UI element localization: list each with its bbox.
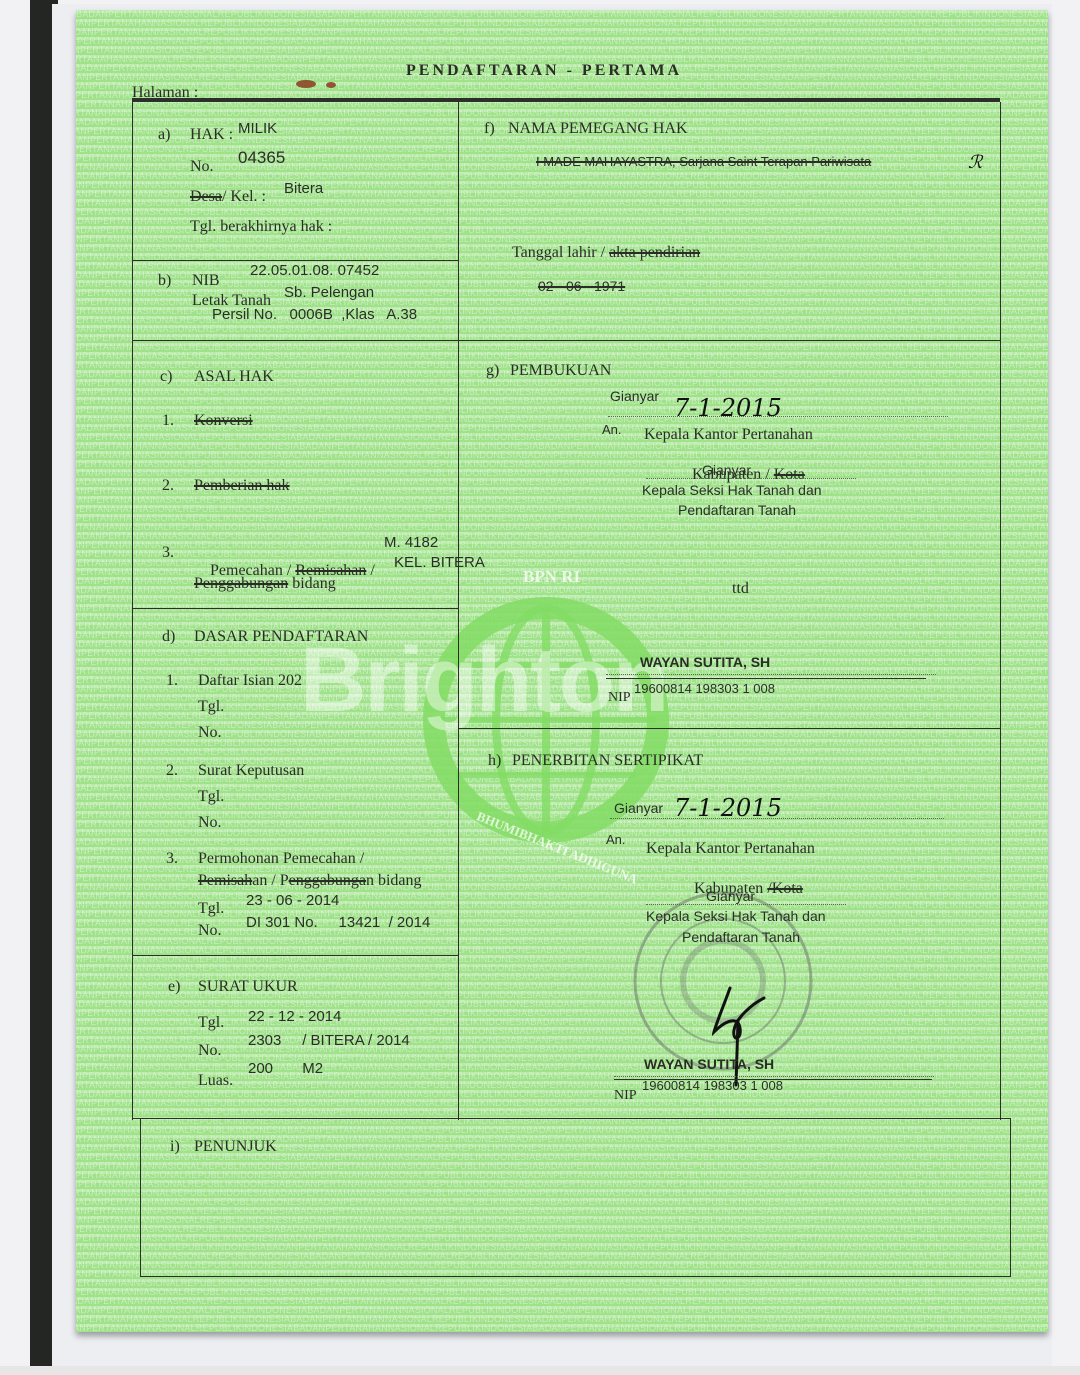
- surat-keputusan-label: Surat Keputusan: [198, 762, 304, 780]
- table-border-left: [132, 102, 133, 1120]
- pemecahan-kel: KEL. BITERA: [394, 554, 485, 571]
- row-divider-cd: [132, 608, 458, 609]
- dotted-line: [646, 478, 856, 479]
- penerbitan-place: Gianyar: [614, 800, 663, 816]
- tanggal-lahir-label: Tanggal lahir / akta pendirian: [512, 244, 700, 262]
- section-i-heading: PENUNJUK: [194, 1138, 277, 1156]
- row-divider-gh: [458, 728, 1000, 729]
- section-i-border-bottom: [140, 1276, 1011, 1277]
- dotted-line: [608, 416, 948, 417]
- column-divider: [458, 102, 459, 1120]
- asal-item-pemberian: Pemberian hak: [194, 477, 290, 495]
- holder-name: I MADE MAHAYASTRA, Sarjana Saint Terapan…: [536, 154, 871, 169]
- permohonan-line2: Pemisahan / Penggabungan bidang: [198, 872, 422, 890]
- table-border-right: [1000, 102, 1001, 1120]
- nip-value-h: 19600814 198303 1 008: [642, 1078, 783, 1093]
- signature-icon: [712, 980, 772, 1090]
- section-head-line1: Kepala Seksi Hak Tanah dan: [642, 482, 822, 498]
- asal-item-penggabungan: Penggabungan bidang: [194, 575, 336, 593]
- dotted-line: [606, 674, 936, 675]
- section-h-heading: PENERBITAN SERTIPIKAT: [512, 752, 703, 770]
- an-label: An.: [602, 422, 622, 437]
- dotted-line: [614, 1076, 934, 1077]
- hak-value: MILIK: [238, 120, 277, 137]
- surat-keputusan-tgl: Tgl.: [198, 788, 224, 806]
- section-d-heading: DASAR PENDAFTARAN: [194, 628, 368, 646]
- nib-value: 22.05.01.08. 07452: [250, 262, 379, 279]
- dasar-item-3-num: 3.: [166, 850, 178, 868]
- official-name: WAYAN SUTITA, SH: [640, 654, 770, 670]
- emblem-title: BPN RI: [523, 567, 580, 587]
- asal-item-3-num: 3.: [162, 544, 174, 562]
- surat-ukur-tgl-value: 22 - 12 - 2014: [248, 1008, 341, 1025]
- surat-ukur-no-label: No.: [198, 1042, 222, 1060]
- nib-label: NIB: [192, 272, 220, 290]
- permohonan-no-value: DI 301 No. 13421 / 2014: [246, 914, 430, 931]
- section-head-line2-h: Pendaftaran Tanah: [682, 929, 800, 945]
- section-f-marker: f): [484, 120, 495, 138]
- regency-h: Gianyar: [706, 888, 755, 904]
- row-divider-de: [132, 955, 458, 956]
- section-h-marker: h): [488, 752, 501, 770]
- row-divider-i: [132, 1118, 1010, 1119]
- surat-ukur-tgl-label: Tgl.: [198, 1014, 224, 1032]
- permohonan-label: Permohonan Pemecahan /: [198, 850, 364, 868]
- luas-label: Luas.: [198, 1072, 233, 1090]
- pembukuan-place: Gianyar: [610, 388, 659, 404]
- pembukuan-date: 7-1-2015: [674, 394, 782, 422]
- stain-mark: [296, 80, 316, 88]
- persil-info: Persil No. 0006B ,Klas A.38: [212, 306, 417, 323]
- section-c-heading: ASAL HAK: [194, 368, 274, 386]
- nip-label-h: NIP: [614, 1088, 637, 1104]
- dasar-item-2-num: 2.: [166, 762, 178, 780]
- bottom-strip: [0, 1366, 1080, 1375]
- ttd-label: ttd: [732, 580, 749, 598]
- signature-rule: [606, 678, 926, 679]
- office-line1-h: Kepala Kantor Pertanahan: [646, 840, 815, 858]
- letak-value: Sb. Pelengan: [284, 284, 374, 301]
- section-b-marker: b): [158, 272, 171, 290]
- top-rule: [132, 98, 1000, 102]
- daftar-isian-label: Daftar Isian 202: [198, 672, 302, 690]
- nip-value: 19600814 198303 1 008: [634, 681, 775, 696]
- asal-item-1-num: 1.: [162, 412, 174, 430]
- luas-value: 200 M2: [248, 1060, 323, 1077]
- daftar-isian-no: No.: [198, 724, 222, 742]
- berakhir-label: Tgl. berakhirnya hak :: [190, 218, 332, 236]
- section-c-marker: c): [160, 368, 172, 386]
- daftar-isian-tgl: Tgl.: [198, 698, 224, 716]
- page-title: PENDAFTARAN - PERTAMA: [406, 62, 682, 80]
- section-d-marker: d): [162, 628, 175, 646]
- section-head-line2: Pendaftaran Tanah: [678, 502, 796, 518]
- section-a-marker: a): [158, 126, 170, 144]
- asal-item-2-num: 2.: [162, 477, 174, 495]
- dotted-line: [610, 818, 944, 819]
- section-g-marker: g): [486, 362, 499, 380]
- section-i-border-left: [140, 1118, 141, 1276]
- office-line1: Kepala Kantor Pertanahan: [644, 426, 813, 444]
- hak-label: HAK :: [190, 126, 233, 144]
- section-e-heading: SURAT UKUR: [198, 978, 298, 996]
- permohonan-tgl-value: 23 - 06 - 2014: [246, 892, 339, 909]
- section-i-border-right: [1010, 1118, 1011, 1276]
- row-divider-ab: [132, 260, 458, 261]
- asal-item-konversi: Konversi: [194, 412, 253, 430]
- pemecahan-ref: M. 4182: [384, 534, 438, 551]
- section-f-heading: NAMA PEMEGANG HAK: [508, 120, 688, 138]
- stain-mark: [326, 82, 336, 88]
- regency: Gianyar: [702, 462, 751, 478]
- kel-label: / Kel. :: [222, 188, 266, 205]
- an-label-h: An.: [606, 832, 626, 847]
- nip-label: NIP: [608, 690, 631, 706]
- official-name-h: WAYAN SUTITA, SH: [644, 1056, 774, 1072]
- no-label: No.: [190, 158, 214, 176]
- initial-mark: ℛ: [968, 152, 982, 173]
- surat-ukur-no-value: 2303 / BITERA / 2014: [248, 1032, 410, 1049]
- surat-keputusan-no: No.: [198, 814, 222, 832]
- desa-struck: Desa: [190, 188, 222, 205]
- birth-date: 02 - 06 - 1971: [538, 278, 625, 294]
- section-g-heading: PEMBUKUAN: [510, 362, 611, 380]
- permohonan-tgl-label: Tgl.: [198, 900, 224, 918]
- section-e-marker: e): [168, 978, 180, 996]
- section-i-marker: i): [170, 1138, 180, 1156]
- section-head-line1-h: Kepala Seksi Hak Tanah dan: [646, 908, 826, 924]
- kel-value: Bitera: [284, 180, 323, 197]
- dotted-line: [646, 904, 846, 905]
- dasar-item-1-num: 1.: [166, 672, 178, 690]
- certificate-number: 04365: [238, 148, 285, 168]
- desa-kel-label: Desa/ Kel. :: [190, 188, 266, 206]
- row-divider-bc: [132, 340, 1000, 341]
- land-certificate-page: BADANPERTANAHANNASIONALREPUBLIKINDONESIA…: [76, 10, 1048, 1332]
- permohonan-no-label: No.: [198, 922, 222, 940]
